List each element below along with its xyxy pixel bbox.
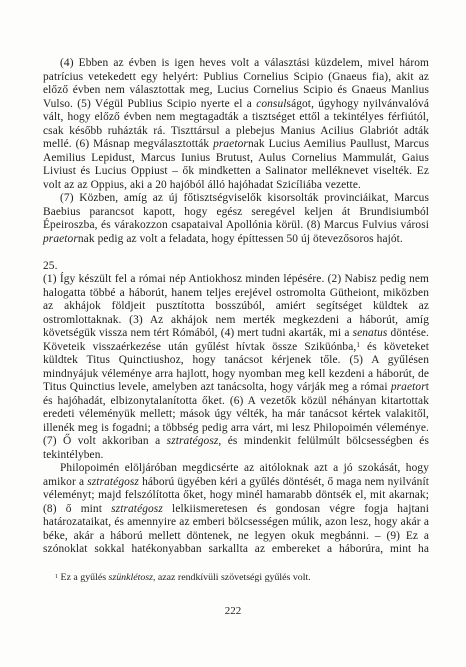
- text-run: (7) Közben, amíg az új főtisztségviselők…: [43, 192, 429, 231]
- italic-term: praetor: [391, 381, 426, 393]
- italic-term: senatus: [353, 327, 388, 339]
- body-paragraph: (1) Így készült fel a római nép Antiokho…: [43, 273, 429, 462]
- book-page: (4) Ebben az évben is igen heves volt a …: [0, 0, 466, 667]
- text-run: 25.: [43, 260, 58, 272]
- footnote: 1 Ez a gyűlés szünklétosz, azaz rendkívü…: [43, 572, 429, 584]
- body-paragraph: (4) Ebben az évben is igen heves volt a …: [43, 57, 429, 192]
- page-number: 222: [0, 605, 466, 617]
- italic-term: sztratégosz: [167, 435, 219, 447]
- text-block: (4) Ebben az évben is igen heves volt a …: [43, 57, 429, 557]
- footnote-ref: 1: [356, 341, 360, 349]
- italic-term: praetor: [43, 233, 78, 245]
- italic-term: sztratégosz: [87, 476, 139, 488]
- text-run: , azaz rendkívüli szövetségi gyűlés volt…: [153, 572, 311, 583]
- italic-term: sztratégosz: [111, 503, 163, 515]
- italic-term: szünklétosz: [109, 572, 153, 583]
- text-run: nak pedig az volt a feladata, hogy építt…: [78, 233, 403, 245]
- body-paragraph: Philopoimén elöljáróban megdicsérte az a…: [43, 462, 429, 557]
- section-heading: 25.: [43, 260, 429, 274]
- footnote-ref: 1: [55, 574, 58, 580]
- text-run: Ez a gyűlés: [58, 572, 108, 583]
- body-paragraph: (7) Közben, amíg az új főtisztségviselők…: [43, 192, 429, 246]
- italic-term: praetor: [213, 138, 248, 150]
- italic-term: consul: [256, 98, 286, 110]
